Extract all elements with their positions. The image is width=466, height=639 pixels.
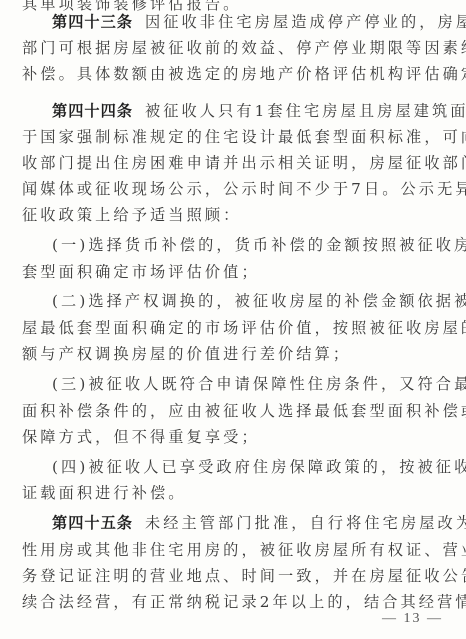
text-line: 屋最低套型面积确定的市场评估价值，按照被征收房屋的补偿金 [22, 318, 442, 338]
article-heading: 第四十三条 [52, 13, 133, 31]
text-line: 于国家强制标准规定的住宅设计最低套型面积标准，可向房屋征 [22, 127, 442, 147]
line-text: 务登记证注明的营业地点、时间一致，并在房屋征收公告发布前连 [22, 567, 466, 585]
text-line: 证载面积进行补偿。 [22, 483, 442, 503]
text-line: 收部门提出住房困难申请并出示相关证明，房屋征收部门应在新 [22, 153, 442, 173]
article-heading: 第四十五条 [52, 514, 133, 532]
line-text: (一)选择货币补偿的，货币补偿的金额按照被征收房屋最低 [52, 236, 466, 254]
text-line: 补偿。具体数额由被选定的房地产价格评估机构评估确定。 [22, 64, 442, 84]
line-text: 补偿。具体数额由被选定的房地产价格评估机构评估确定。 [22, 65, 466, 83]
text-line: (一)选择货币补偿的，货币补偿的金额按照被征收房屋最低 [52, 235, 442, 255]
text-line: 套型面积确定市场评估价值； [22, 262, 442, 282]
line-text: 未经主管部门批准，自行将住宅房屋改为经营 [145, 514, 466, 532]
line-text: (二)选择产权调换的，被征收房屋的补偿金额依据被征收房 [52, 292, 466, 310]
line-text: (三)被征收人既符合申请保障性住房条件，又符合最低套型 [52, 375, 466, 393]
text-line: (二)选择产权调换的，被征收房屋的补偿金额依据被征收房 [52, 291, 442, 311]
line-text: 闻媒体或征收现场公示，公示时间不少于7日。公示无异议的，在 [22, 180, 466, 198]
text-line: 第四十五条未经主管部门批准，自行将住宅房屋改为经营 [52, 513, 442, 533]
line-text: 证载面积进行补偿。 [22, 484, 187, 502]
line-text: 部门可根据房屋被征收前的效益、停产停业期限等因素给予适当 [22, 39, 466, 57]
line-text: 续合法经营，有正常纳税记录2年以上的，结合其经营情况、经营 [22, 593, 466, 611]
line-text: 额与产权调换房屋的价值进行差价结算； [22, 345, 351, 363]
text-line: 额与产权调换房屋的价值进行差价结算； [22, 344, 442, 364]
text-line: 面积补偿条件的，应由被征收人选择最低套型面积补偿或者住房 [22, 401, 442, 421]
text-line: 续合法经营，有正常纳税记录2年以上的，结合其经营情况、经营 [22, 592, 442, 612]
document-page: 其单项装饰装修评估报告。第四十三条因征收非住宅房屋造成停产停业的，房屋征收部门可… [0, 0, 466, 639]
line-text: 套型面积确定市场评估价值； [22, 263, 260, 281]
text-line: 性用房或其他非住宅用房的，被征收房屋所有权证、营业执照和税 [22, 540, 442, 560]
line-text: (四)被征收人已享受政府住房保障政策的，按被征收房屋的 [52, 458, 466, 476]
text-line: 保障方式，但不得重复享受； [22, 427, 442, 447]
text-line: 征收政策上给予适当照顾： [22, 205, 442, 225]
text-line: 第四十三条因征收非住宅房屋造成停产停业的，房屋征收 [52, 12, 442, 32]
text-line: 闻媒体或征收现场公示，公示时间不少于7日。公示无异议的，在 [22, 179, 442, 199]
page-number: — 13 — [382, 611, 443, 627]
line-text: 收部门提出住房困难申请并出示相关证明，房屋征收部门应在新 [22, 154, 466, 172]
line-text: 征收政策上给予适当照顾： [22, 206, 241, 224]
line-text: 因征收非住宅房屋造成停产停业的，房屋征收 [145, 13, 466, 31]
line-text: 被征收人只有1套住宅房屋且房屋建筑面积低 [145, 102, 466, 120]
text-line: (四)被征收人已享受政府住房保障政策的，按被征收房屋的 [52, 457, 442, 477]
line-text: 面积补偿条件的，应由被征收人选择最低套型面积补偿或者住房 [22, 402, 466, 420]
line-text: 保障方式，但不得重复享受； [22, 428, 260, 446]
text-line: 部门可根据房屋被征收前的效益、停产停业期限等因素给予适当 [22, 38, 442, 58]
text-line: 务登记证注明的营业地点、时间一致，并在房屋征收公告发布前连 [22, 566, 442, 586]
article-heading: 第四十四条 [52, 102, 133, 120]
text-line: 第四十四条被征收人只有1套住宅房屋且房屋建筑面积低 [52, 101, 442, 121]
line-text: 性用房或其他非住宅用房的，被征收房屋所有权证、营业执照和税 [22, 541, 466, 559]
line-text: 于国家强制标准规定的住宅设计最低套型面积标准，可向房屋征 [22, 128, 466, 146]
line-text: 屋最低套型面积确定的市场评估价值，按照被征收房屋的补偿金 [22, 319, 466, 337]
text-line: (三)被征收人既符合申请保障性住房条件，又符合最低套型 [52, 374, 442, 394]
